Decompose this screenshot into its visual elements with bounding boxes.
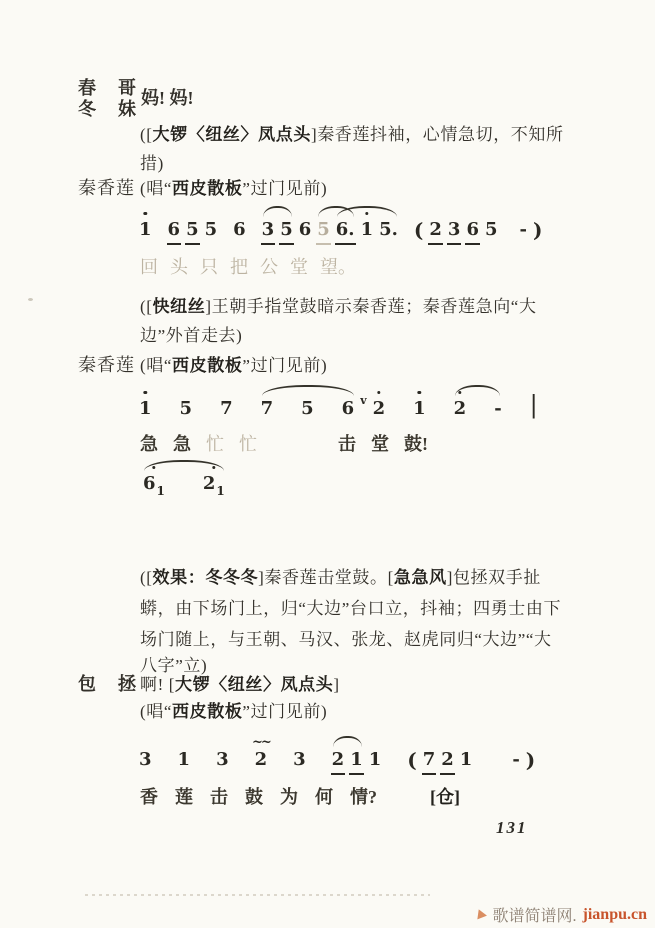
lyrics-row: 急急忙忙击堂鼓! — [140, 430, 565, 456]
lyric-char: 堂 — [371, 430, 404, 456]
lyrics-row: 香莲击鼓为何情?[仓] — [140, 783, 560, 809]
note: ) — [532, 204, 543, 245]
note: - — [519, 204, 528, 243]
direction-text: ]王朝手指堂鼓暗示秦香莲；秦香莲急向“大 — [205, 297, 536, 316]
dialogue-text: ] — [333, 675, 339, 694]
octave-dot — [144, 212, 147, 215]
stage-direction-3-line1: ([效果：冬冬冬]秦香莲击堂鼓。[急急风]包拯双手扯 — [140, 563, 541, 588]
cue-text: ”过门见前) — [242, 356, 327, 375]
note: 3 — [215, 734, 230, 773]
note: 1 — [368, 734, 383, 773]
note: 1 — [138, 204, 153, 243]
note: 5 — [484, 204, 499, 243]
scan-speck — [28, 298, 33, 301]
cue-text: (唱“ — [140, 356, 172, 375]
note: 1 — [138, 383, 153, 422]
watermark-domain-link[interactable]: jianpu.cn — [583, 906, 647, 924]
note: 6 — [167, 204, 182, 245]
music-line-1: 1655635656.15.(2365-)回头只把公堂望。 — [138, 204, 557, 279]
direction-text: ]包拯双手扯 — [447, 568, 541, 587]
lyric-char: 情? — [350, 783, 385, 809]
aria-name: 西皮散板 — [172, 702, 242, 721]
lyric-char: 莲 — [175, 783, 210, 809]
direction-text: ([ — [140, 568, 153, 587]
note: 2 — [372, 383, 387, 422]
direction-text: ([ — [140, 297, 153, 316]
lyric-char: 鼓! — [404, 430, 437, 456]
sing-cue-3: (唱“西皮散板”过门见前) — [140, 697, 327, 722]
note: 5 — [185, 204, 200, 245]
score-page: 春 哥 冬 妹 妈! 妈! ([大锣〈纽丝〉凤点头]秦香莲抖袖，心情急切，不知所… — [0, 0, 655, 928]
note: 6 — [232, 204, 247, 243]
octave-dot — [418, 391, 421, 394]
note: 3 — [292, 734, 307, 773]
percussion-pattern: 大锣〈纽丝〉凤点头 — [153, 125, 311, 144]
direction-text: ]秦香莲抖袖，心情急切，不知所 — [311, 125, 564, 144]
lyric-char: 急 — [140, 430, 173, 456]
note: 5 — [204, 204, 219, 243]
direction-text: ([ — [140, 125, 153, 144]
note: 2 — [428, 204, 443, 245]
note: 1 — [459, 734, 474, 773]
percussion-pattern: 快纽丝 — [153, 297, 206, 316]
speaker-baozheng: 包 拯 — [78, 670, 138, 696]
grace-note: 1 — [216, 484, 224, 498]
stage-direction-1-cont: 措) — [140, 149, 164, 174]
lyric-char — [305, 430, 338, 456]
cue-text: (唱“ — [140, 179, 172, 198]
note: 6 — [465, 204, 480, 245]
notes-row: 157756v212-| — [138, 383, 565, 422]
breath-mark: v — [359, 383, 367, 414]
music-line-3: 313~~23211(721-)香莲击鼓为何情?[仓] — [138, 734, 560, 809]
lyric-char: 忙 — [206, 430, 239, 456]
note: 2 — [440, 734, 455, 775]
baozheng-line: 啊! [大锣〈纽丝〉凤点头] — [140, 670, 340, 695]
percussion-pattern: 急急风 — [394, 568, 447, 587]
note: ( — [413, 204, 424, 245]
note: 7 — [422, 734, 437, 775]
note: ) — [525, 734, 536, 775]
speaker-qinxianglian: 秦香莲 — [78, 351, 135, 377]
percussion-pattern: 大锣〈纽丝〉凤点头 — [175, 675, 333, 694]
lyric-char: 把 — [230, 253, 260, 279]
note: 7 — [219, 383, 234, 422]
cue-text: (唱“ — [140, 702, 172, 721]
scan-artifact — [85, 894, 430, 896]
aria-name: 西皮散板 — [172, 356, 242, 375]
lyric-char: 何 — [315, 783, 350, 809]
lyric-char: 头 — [170, 253, 200, 279]
cue-text: ”过门见前) — [242, 702, 327, 721]
stage-direction-2-cont: 边”外首走去) — [140, 321, 242, 346]
watermark-site-name[interactable]: 歌谱简谱网. — [493, 903, 577, 926]
music-line-2: 157756v212-|急急忙忙击堂鼓! — [138, 383, 565, 456]
lyric-char: 堂 — [290, 253, 320, 279]
lyric-char: 只 — [200, 253, 230, 279]
lyric-char: 鼓 — [245, 783, 280, 809]
stage-direction-3-line3: 场门随上，与王朝、马汉、张龙、赵虎同归“大边”“大 — [140, 625, 552, 650]
note: 3 — [447, 204, 462, 245]
stage-direction-1: ([大锣〈纽丝〉凤点头]秦香莲抖袖，心情急切，不知所 — [140, 120, 564, 145]
lyric-char: 香 — [140, 783, 175, 809]
direction-text: ]秦香莲击堂鼓。[ — [258, 568, 394, 587]
sound-effect: 效果：冬冬冬 — [153, 568, 259, 587]
notes-row: 6121 — [142, 458, 262, 498]
lyric-char — [272, 430, 305, 456]
note: 3 — [138, 734, 153, 773]
speaker-qinxianglian: 秦香莲 — [78, 174, 135, 200]
notes-row: 1655635656.15.(2365-) — [138, 204, 557, 245]
note: 5 — [179, 383, 194, 422]
note: 1 — [412, 383, 427, 422]
arrow-icon — [477, 909, 487, 920]
music-fragment: 6121 — [142, 458, 262, 498]
lyric-char: 回 — [140, 253, 170, 279]
stage-direction-3-line2: 蟒，由下场门上，归“大边”台口立，抖袖；四勇士由下 — [140, 594, 561, 619]
aria-name: 西皮散板 — [172, 179, 242, 198]
lyrics-row: 回头只把公堂望。 — [140, 253, 557, 279]
sing-cue-2: (唱“西皮散板”过门见前) — [140, 351, 327, 376]
grace-note: 1 — [157, 484, 165, 498]
note: 1 — [177, 734, 192, 773]
lyric-char: 急 — [173, 430, 206, 456]
children-dialogue: 妈! 妈! — [141, 84, 194, 110]
cue-text: ”过门见前) — [242, 179, 327, 198]
lyric-char: [仓] — [430, 783, 465, 809]
note: ~~2 — [254, 734, 269, 773]
watermark[interactable]: 歌谱简谱网.jianpu.cn — [478, 903, 647, 926]
speaker-dong-mei: 冬 妹 — [78, 95, 138, 121]
note: 6 — [298, 204, 313, 243]
lyric-char: 击 — [210, 783, 245, 809]
dialogue-text: 啊! [ — [140, 675, 175, 694]
tremolo-mark: ~~ — [252, 733, 270, 753]
note: - — [511, 734, 520, 773]
octave-dot — [144, 391, 147, 394]
stage-direction-2: ([快纽丝]王朝手指堂鼓暗示秦香莲；秦香莲急向“大 — [140, 292, 537, 317]
lyric-char: 公 — [260, 253, 290, 279]
lyric-char: 望。 — [320, 253, 350, 279]
octave-dot — [377, 391, 380, 394]
lyric-char: 为 — [280, 783, 315, 809]
lyric-char: 击 — [338, 430, 371, 456]
barline: | — [529, 383, 539, 421]
notes-row: 313~~23211(721-) — [138, 734, 560, 775]
page-number: 131 — [496, 818, 528, 838]
lyric-char: 忙 — [239, 430, 272, 456]
sing-cue-1: (唱“西皮散板”过门见前) — [140, 174, 327, 199]
note: ( — [406, 734, 417, 775]
